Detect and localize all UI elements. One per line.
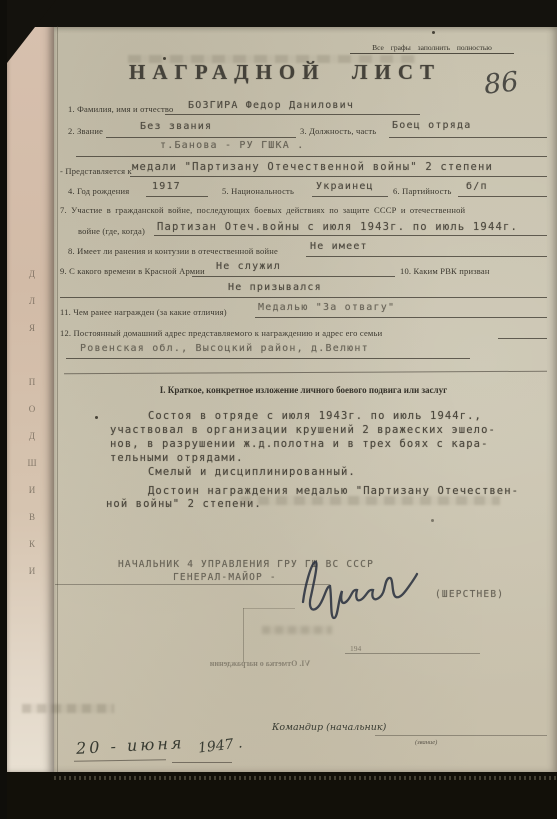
field-1-value: БОЗГИРА Федор Данилович — [188, 100, 354, 111]
underline — [192, 276, 395, 277]
paper-speck — [163, 57, 166, 60]
binding-crease-line — [57, 26, 58, 772]
field-6-label: 6. Партийность — [393, 186, 452, 196]
field-9-label: 9. С какого времени в Красной Армии — [60, 266, 205, 276]
field-5-label: 5. Национальность — [222, 186, 294, 196]
citation-line: участвовал в организации крушений 2 враж… — [110, 424, 496, 436]
printed-year-fragment: 194 — [350, 644, 361, 653]
underline — [106, 137, 296, 138]
section-1-heading: I. Краткое, конкретное изложение личного… — [60, 385, 547, 395]
underline — [255, 317, 547, 318]
field-7-value: Партизан Отеч.войны с июля 1943г. по июл… — [157, 221, 518, 233]
underline — [312, 196, 388, 197]
page-bottom-edge-texture — [54, 776, 557, 780]
bleedthrough-table-line — [243, 608, 244, 662]
field-8-value: Не имеет — [310, 241, 368, 252]
rank-caption: (звание) — [415, 739, 437, 746]
bleedthrough-table-line — [243, 608, 295, 609]
ink-bleedthrough-strip — [240, 496, 500, 505]
commander-label: Командир (начальник) — [272, 722, 386, 733]
field-10-label: 10. Каким РВК призван — [400, 266, 490, 276]
fill-all-fields-note: Все графы заполнить полностью — [350, 43, 514, 54]
signer-position-line2: ГЕНЕРАЛ-МАЙОР - — [173, 572, 277, 583]
underline — [498, 338, 547, 339]
citation-conclusion-line: ной войны" 2 степени. — [106, 498, 262, 510]
field-12-label: 12. Постоянный домашний адрес представля… — [60, 328, 382, 338]
handwritten-signature — [293, 548, 425, 626]
field-12-value: Ровенская обл., Высоцкий район, д.Велюнт — [80, 343, 369, 354]
scanned-award-document: ДЛЯ ПОДШИВКИ Все графы заполнить полност… — [0, 0, 557, 819]
underline — [165, 114, 420, 115]
margin-vertical-caption: ДЛЯ ПОДШИВКИ — [27, 198, 37, 593]
underline — [76, 156, 547, 157]
field-2-value: Без звания — [140, 121, 212, 132]
field-5-value: Украинец — [316, 181, 374, 192]
field-4-label: 4. Год рождения — [68, 186, 129, 196]
handwritten-underline — [172, 762, 232, 763]
scan-left-shadow — [0, 0, 7, 819]
scan-top-shadow — [0, 0, 557, 27]
underline — [55, 584, 330, 585]
underline — [66, 358, 470, 359]
signature-line — [375, 735, 547, 736]
paper-speck — [431, 519, 434, 522]
bleedthrough-section-vi-heading: VI. Отметка о награждении — [160, 659, 360, 668]
ink-bleedthrough-strip — [262, 626, 332, 634]
underline — [458, 196, 547, 197]
field-11-value: Медалью "За отвагу" — [258, 302, 395, 313]
signer-surname: (ШЕРСТНЕВ) — [435, 589, 504, 600]
field-1-label: 1. Фамилия, имя и отчество — [68, 104, 174, 114]
citation-line: Состоя в отряде с июля 1943г. по июль 19… — [148, 410, 482, 422]
underline — [154, 235, 547, 236]
field-10-value: Не призывался — [228, 282, 322, 293]
ink-bleedthrough-strip — [22, 704, 114, 713]
field-7-label-line1: 7. Участие в гражданской войне, последую… — [60, 205, 465, 215]
document-title: НАГРАДНОЙ ЛИСТ — [118, 60, 452, 85]
underline — [60, 297, 547, 298]
underline — [306, 256, 547, 257]
blank-date-line — [345, 653, 480, 654]
paper-speck — [432, 31, 435, 34]
field-7-label-line2: войне (где, когда) — [78, 226, 145, 236]
underline — [146, 196, 208, 197]
citation-line: тельными отрядами. — [110, 452, 244, 464]
field-6-value: б/п — [466, 181, 488, 192]
underline — [130, 176, 547, 177]
field-3-value-continued: т.Банова - РУ ГШКА . — [160, 140, 304, 151]
citation-line: нов, в разрушении ж.д.полотна и в трех б… — [110, 438, 489, 450]
presented-for-label: - Представляется к — [60, 166, 132, 176]
handwritten-page-number: 86 — [482, 66, 519, 100]
field-3-value: Боец отряда — [392, 120, 471, 131]
citation-line: Смелый и дисциплинированный. — [148, 466, 356, 478]
field-11-label: 11. Чем ранее награжден (за какие отличи… — [60, 307, 227, 317]
paper-speck — [95, 416, 98, 419]
field-9-value: Не служил — [216, 261, 281, 272]
underline — [389, 137, 547, 138]
field-2-label: 2. Звание — [68, 126, 103, 136]
presented-for-value: медали "Партизану Отечественной войны" 2… — [132, 161, 493, 173]
field-3-label: 3. Должность, часть — [300, 126, 376, 136]
field-4-value: 1917 — [152, 181, 181, 192]
field-8-label: 8. Имеет ли ранения и контузии в отечест… — [68, 246, 278, 256]
